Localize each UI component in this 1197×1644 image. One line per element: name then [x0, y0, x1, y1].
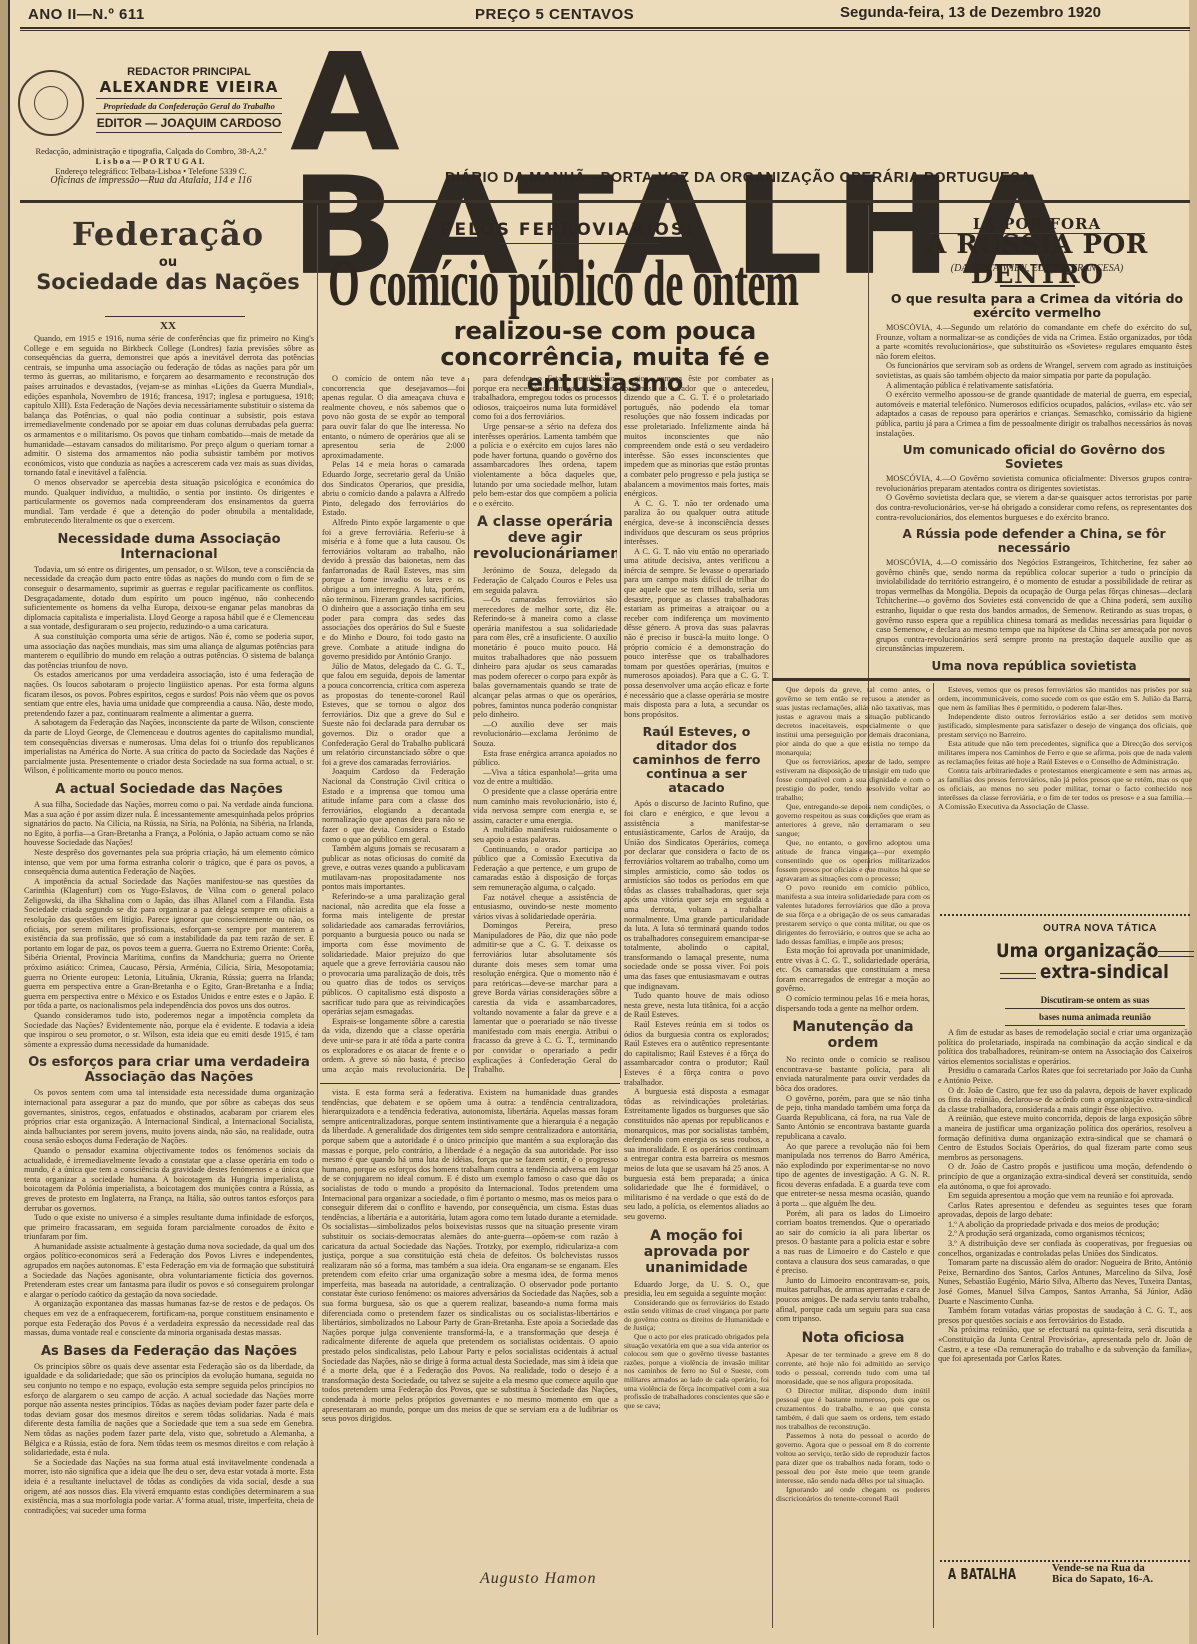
center-column-1: O comício de ontem não teve a concorrenc…	[322, 374, 465, 1074]
paragraph: A sua filha, Sociedade das Nações, morre…	[24, 800, 314, 848]
paragraph: Quando consideramos tudo isto, poderemos…	[24, 1011, 314, 1049]
paragraph: A sua constituïção comporta uma série de…	[24, 632, 314, 670]
deck-line: bases numa animada reunião	[1005, 1009, 1185, 1026]
paragraph: Passemos à nota do pessoal o acordo de g…	[776, 1431, 930, 1485]
paragraph: Os povos sentem com uma tal intensidade …	[24, 1088, 314, 1146]
paragraph: —Viva a tática espanhola!—grita uma voz …	[473, 768, 617, 787]
paragraph: Esprais-se longamente sôbre a carestia d…	[322, 1017, 465, 1074]
left-article-title: Federação	[20, 215, 316, 253]
paragraph: Presidiu o camarada Carlos Rates que foi…	[938, 1066, 1192, 1085]
paragraph: —O auxílio deve ser mais revolucionário—…	[473, 720, 617, 749]
paragraph: Eduardo Jorge, da U. S. O., que presidia…	[624, 1280, 769, 1299]
paragraph: para defender o Estado republicano, porq…	[473, 374, 617, 422]
section-heading: Necessidade duma Associação Internaciona…	[24, 532, 314, 562]
right-lower-column-b: Esteves, vemos que os presos ferroviário…	[938, 685, 1192, 910]
paragraph: Quando, em 1915 e 1916, numa série de co…	[24, 334, 314, 478]
section-heading: A Rússia pode defender a China, se fôr n…	[876, 527, 1192, 555]
right-article-body: MOSCÓVIA, 4.—Segundo um relatório do com…	[876, 323, 1192, 675]
paragraph: A impotência da actual Sociedade das Naç…	[24, 877, 314, 1011]
extra-sindical-body: A fim de estudar as bases de remodelação…	[938, 1028, 1192, 1558]
section-heading: A actual Sociedade das Nações	[24, 782, 314, 797]
section-heading: Nota oficiosa	[776, 1330, 930, 1346]
paragraph: A burguesia está disposta a esmagar tôda…	[624, 1087, 769, 1221]
paragraph: O dr. João de Castro, que fez uso da pal…	[938, 1086, 1192, 1115]
cgt-seal-icon	[18, 70, 84, 136]
paragraph: O menos observador se apercebia desta si…	[24, 478, 314, 526]
paragraph: 2.º A produção será organizada, como org…	[938, 1229, 1192, 1239]
section-heading: Os esforços para criar uma verdadeira As…	[24, 1055, 314, 1085]
binding-edge	[0, 0, 8, 1644]
paragraph: O exército vermelho apossou-se de grande…	[876, 390, 1192, 438]
paragraph: O govêrno, porém, para que se não tinha …	[776, 1094, 930, 1142]
paragraph: Faz notável cheque a assistência de entu…	[473, 893, 617, 922]
paragraph: A alimentação pública é relativamente sa…	[876, 381, 1192, 391]
paragraph: Esta frase enérgica arranca apoiados no …	[473, 749, 617, 768]
address-block: Redacção, administração e tipografia, Ca…	[20, 146, 282, 186]
paragraph: Pelas 14 e meia horas o camarada Eduardo…	[322, 460, 465, 518]
paragraph: 1.º A abolição da propriedade privada e …	[938, 1220, 1192, 1230]
right-source: (DA ROSTA-WIEN, EDIÇÃO FRANCESA)	[882, 263, 1192, 274]
paragraph: MOSCÓVIA, 4.—Segundo um relatório do com…	[876, 323, 1192, 361]
section-heading: A classe operária deve agir revolucionár…	[473, 514, 617, 562]
paragraph: Continuando, o orador participa ao públi…	[473, 845, 617, 893]
footer-brand-logo: A BATALHA	[948, 1565, 1016, 1583]
editor-line: EDITOR — JOAQUIM CARDOSO	[96, 114, 282, 133]
paragraph: O presidente que a classe operária entre…	[473, 787, 617, 825]
section-heading: A moção foi aprovada por unanimidade	[624, 1228, 769, 1276]
paragraph: O Director militar, dispondo dum inútil …	[776, 1386, 930, 1431]
paragraph: gico, começa êste por combater as palavr…	[624, 374, 769, 499]
paragraph: Os princípios sôbre os quais deve assent…	[24, 1362, 314, 1458]
address-line: Redacção, administração e tipografia, Ca…	[20, 146, 282, 156]
section-heading: Raúl Esteves, o ditador dos caminhos de …	[624, 725, 769, 795]
paragraph: Todavia, um só entre os dirigentes, um p…	[24, 565, 314, 632]
paragraph: Também alguns jornais se recusaram a pub…	[322, 844, 465, 892]
price: PREÇO 5 CENTAVOS	[475, 6, 634, 23]
paragraph: Os estados americanos por uma verdadeira…	[24, 670, 314, 718]
paragraph: Que os ferroviários, apezar de lado, sem…	[776, 757, 930, 802]
paragraph: A sabotagem da Federação das Nações, inc…	[24, 718, 314, 776]
paragraph: Ao que parece a revolução não foi bem ma…	[776, 1142, 930, 1209]
issue-number: ANO II—N.º 611	[28, 6, 145, 23]
section-heading: Um comunicado oficial do Govêrno dos Sov…	[876, 443, 1192, 471]
paragraph: Esteves, vemos que os presos ferroviário…	[938, 685, 1192, 712]
paragraph: Também foram votadas várias propostas de…	[938, 1306, 1192, 1325]
right-headline: A RÚSSIA POR DENTRO	[876, 230, 1197, 290]
paragraph: Urge pensar-se a sério na defeza dos int…	[473, 422, 617, 508]
paragraph: Esta atitude que não tem precedentes, si…	[938, 739, 1192, 766]
deck-discutiram: Discutiram-se ontem as suas bases numa a…	[1005, 992, 1185, 1026]
paragraph: Na próxima reünião, que se efectuará na …	[938, 1325, 1192, 1363]
paragraph: O Govêrno sovietista declara que, se vie…	[876, 493, 1192, 522]
paragraph: Que, no entanto, o govêrno adoptou uma a…	[776, 838, 930, 883]
paragraph: Após o discurso de Jacinto Rufino, que f…	[624, 799, 769, 991]
section-heading: As Bases da Federação das Nações	[24, 1344, 314, 1359]
paragraph: Se a Sociedade das Nações na sua forma a…	[24, 1458, 314, 1516]
kicker-outra-nova-tatica: OUTRA NOVA TÁTICA	[1000, 923, 1197, 934]
paragraph: vista. E esta forma será a federativa. E…	[322, 1088, 618, 1424]
paragraph: Considerando que os ferroviários do Esta…	[624, 1299, 769, 1333]
redactor-name: ALEXANDRE VIEIRA	[96, 78, 282, 99]
section-heading: O que resulta para a Crimea da vitória d…	[882, 292, 1192, 320]
left-article-body: Quando, em 1915 e 1916, numa série de co…	[24, 334, 314, 1624]
left-article-ou: ou	[20, 255, 316, 270]
paragraph: Raúl Esteves reúnia em si todos os ódios…	[624, 1020, 769, 1087]
paragraph: Referindo-se a uma paralização geral nac…	[322, 892, 465, 1017]
redactor-label: REDACTOR PRINCIPAL	[96, 66, 282, 78]
author-signature: Augusto Hamon	[480, 1570, 597, 1588]
paragraph: Jerónimo de Souza, delegado da Federação…	[473, 566, 617, 595]
paragraph: A C. G. T. não viu então no operariado u…	[624, 547, 769, 720]
left-article-subtitle: Sociedade das Nações	[20, 270, 316, 294]
deck-line: Discutiram-se ontem as suas	[1005, 992, 1185, 1009]
paragraph: Tudo quanto houve de mais odioso nesta g…	[624, 991, 769, 1020]
paragraph: Tudo o que existe no universo é a simple…	[24, 1213, 314, 1242]
center-kicker: PELOS FERROVIARIOS!	[440, 220, 695, 240]
paragraph: A fim de estudar as bases de remodelação…	[938, 1028, 1192, 1066]
paragraph: O comício de ontem não teve a concorrenc…	[322, 374, 465, 460]
sale-line: Bica do Sapato, 16-A.	[1052, 1574, 1153, 1585]
paragraph: Apesar de ter terminado a greve em 8 do …	[776, 1350, 930, 1386]
paragraph: Independente disto outros ferroviários e…	[938, 712, 1192, 739]
section-heading: Manutenção da ordem	[776, 1019, 930, 1051]
paragraph: —Os camaradas ferroviários são merecedor…	[473, 595, 617, 720]
paragraph: O dr. João de Castro propôs e justificou…	[938, 1162, 1192, 1191]
paragraph: Tomaram parte na discussão além do orado…	[938, 1258, 1192, 1306]
publication-date: Segunda-feira, 13 de Dezembro 1920	[840, 4, 1101, 21]
paragraph: Porém, ali para os lados do Limoeiro cor…	[776, 1209, 930, 1276]
paragraph: Ignorando até onde chegam os poderes dis…	[776, 1485, 930, 1503]
paragraph: Alfredo Pinto expõe largamente o que foi…	[322, 518, 465, 662]
federation-continuation: vista. E esta forma será a federativa. E…	[322, 1088, 618, 1558]
footer-sale-address: Vende-se na Rua da Bica do Sapato, 16-A.	[1052, 1563, 1153, 1585]
paragraph: Esta moção foi aprovada por unanimidade,…	[776, 946, 930, 994]
editorial-block: REDACTOR PRINCIPAL ALEXANDRE VIEIRA Prop…	[96, 66, 282, 133]
paragraph: Carlos Rates apresentou e defendeu as se…	[938, 1201, 1192, 1220]
paragraph: Contra tais arbitrariedades e protestamo…	[938, 766, 1192, 811]
paragraph: Que depois da greve, tal como antes, o g…	[776, 685, 930, 757]
headline-uma-organizacao: Uma organização	[996, 940, 1176, 962]
paragraph: No recinto onde o comício se realisou en…	[776, 1055, 930, 1093]
paragraph: A reünião, que esteve muito concorrida, …	[938, 1114, 1192, 1162]
paragraph: 3.º A distribuição deve ser confiada às …	[938, 1239, 1192, 1258]
paragraph: Quando o pensador examina objectivamente…	[24, 1146, 314, 1213]
paragraph: Que o acto por eles praticado obrigados …	[624, 1333, 769, 1410]
paragraph: A C. G. T. não ter ordenado uma paraliza…	[624, 499, 769, 547]
center-column-3: gico, começa êste por combater as palavr…	[624, 374, 769, 1624]
address-city: Lisboa—PORTUGAL	[20, 156, 282, 166]
paragraph: A organização expontanea das massas huma…	[24, 1299, 314, 1337]
paragraph: O povo reunido em comício público, manif…	[776, 883, 930, 946]
paragraph: MOSCÓVIA, 4.—O comissário dos Negócios E…	[876, 558, 1192, 654]
headline-extra-sindical: extra-sindical	[1040, 961, 1190, 983]
paragraph: Junto do Limoeiro encontravam-se, pois, …	[776, 1276, 930, 1324]
right-lower-column-a: Que depois da greve, tal como antes, o g…	[776, 685, 930, 1630]
paragraph: O comício terminou pelas 16 e meia horas…	[776, 994, 930, 1013]
newspaper-page: ANO II—N.º 611 PREÇO 5 CENTAVOS Segunda-…	[8, 0, 1197, 1644]
paragraph: Em seguida apresentou a moção que vem na…	[938, 1191, 1192, 1201]
paragraph: Júlio de Matos, delegado da C. G. T., qu…	[322, 662, 465, 768]
paragraph: Que, entregando-se depois nem condições,…	[776, 802, 930, 838]
printing-office: Oficinas de impressão—Rua da Atalaia, 11…	[20, 176, 282, 186]
paragraph: A multidão manifesta ruidosamente o seu …	[473, 825, 617, 844]
paragraph: Domingos Pereira, preso Manipuladores de…	[473, 921, 617, 1075]
paragraph: Os funcionários que serviram sob as orde…	[876, 361, 1192, 380]
section-heading: Uma nova república sovietista	[876, 659, 1192, 673]
article-part-number: XX	[20, 320, 316, 332]
property-line: Propriedade da Confederação Geral do Tra…	[96, 99, 282, 114]
paragraph: MOSCÓVIA, 4.—O Govêrno sovietista comuni…	[876, 474, 1192, 493]
newspaper-subtitle: DIÁRIO DA MANHÃ—PORTA-VOZ DA ORGANIZAÇÃO…	[445, 170, 1031, 186]
paragraph: Neste desprêso dos governantes pela sua …	[24, 848, 314, 877]
center-column-2: para defender o Estado republicano, porq…	[473, 374, 617, 1079]
paragraph: Joaquim Cardoso da Federação Nacional da…	[322, 767, 465, 844]
paragraph: A humanidade assiste actualmente à gesta…	[24, 1242, 314, 1300]
center-headline: O comício público de ontem	[328, 252, 867, 316]
